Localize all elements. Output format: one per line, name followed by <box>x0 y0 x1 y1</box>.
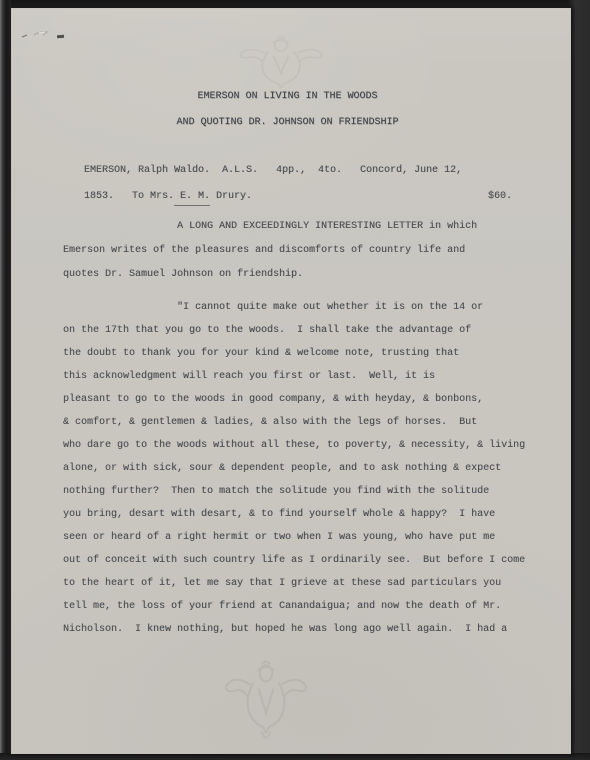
quote-line: tell me, the loss of your friend at Cana… <box>63 595 541 618</box>
quote-line: Nicholson. I knew nothing, but hoped he … <box>63 618 541 641</box>
quote-line: to the heart of it, let me say that I gr… <box>63 572 541 595</box>
entry-recipient-text: 1853. To Mrs. E. M. Drury. <box>84 184 252 210</box>
scanned-page: EMERSON ON LIVING IN THE WOODS AND QUOTI… <box>0 0 590 760</box>
headline-line-2: AND QUOTING DR. JOHNSON ON FRIENDSHIP <box>11 110 564 136</box>
headline-line-1: EMERSON ON LIVING IN THE WOODS <box>11 84 564 110</box>
summary-line: quotes Dr. Samuel Johnson on friendship. <box>63 263 541 287</box>
watermark-monogram-icon <box>214 658 318 750</box>
quote-line: on the 17th that you go to the woods. I … <box>63 319 541 342</box>
quote-line: alone, or with sick, sour & dependent pe… <box>63 457 541 480</box>
quote-line: nothing further? Then to match the solit… <box>63 480 541 503</box>
quote-line: you bring, desart with desart, & to find… <box>63 503 541 526</box>
quote-line: who dare go to the woods without all the… <box>63 434 541 457</box>
catalog-entry: EMERSON, Ralph Waldo. A.L.S. 4pp., 4to. … <box>84 158 512 210</box>
quote-line: & comfort, & gentlemen & ladies, & also … <box>63 411 541 434</box>
scan-border-left <box>0 0 11 760</box>
scan-border-top <box>0 0 590 8</box>
entry-date-prefix: 1853. To Mrs. <box>84 191 174 202</box>
quoted-letter-paragraph: "I cannot quite make out whether it is o… <box>63 296 541 641</box>
summary-line: A LONG AND EXCEEDINGLY INTERESTING LETTE… <box>63 215 541 239</box>
letter-description: A LONG AND EXCEEDINGLY INTERESTING LETTE… <box>63 215 541 641</box>
paragraph-gap <box>63 287 541 296</box>
summary-paragraph: A LONG AND EXCEEDINGLY INTERESTING LETTE… <box>63 215 541 287</box>
entry-recipient-line: 1853. To Mrs. E. M. Drury. $60. <box>84 184 512 210</box>
paper-sheet: EMERSON ON LIVING IN THE WOODS AND QUOTI… <box>11 8 571 754</box>
quote-line: "I cannot quite make out whether it is o… <box>63 296 541 319</box>
catalog-headline: EMERSON ON LIVING IN THE WOODS AND QUOTI… <box>11 84 564 136</box>
quote-line: out of conceit with such country life as… <box>63 549 541 572</box>
scan-border-right <box>569 0 590 760</box>
pencil-annotation-marks <box>19 26 71 44</box>
entry-recipient-suffix: Drury. <box>210 191 252 202</box>
quote-line: the doubt to thank you for your kind & w… <box>63 342 541 365</box>
quote-line: pleasant to go to the woods in good comp… <box>63 388 541 411</box>
quote-line: seen or heard of a right hermit or two w… <box>63 526 541 549</box>
summary-line: Emerson writes of the pleasures and disc… <box>63 239 541 263</box>
price-label: $60. <box>488 184 512 210</box>
quote-line: this acknowledgment will reach you first… <box>63 365 541 388</box>
scan-border-bottom <box>0 753 590 760</box>
entry-author-line: EMERSON, Ralph Waldo. A.L.S. 4pp., 4to. … <box>84 158 512 184</box>
underlined-initials: E. M. <box>174 191 210 206</box>
